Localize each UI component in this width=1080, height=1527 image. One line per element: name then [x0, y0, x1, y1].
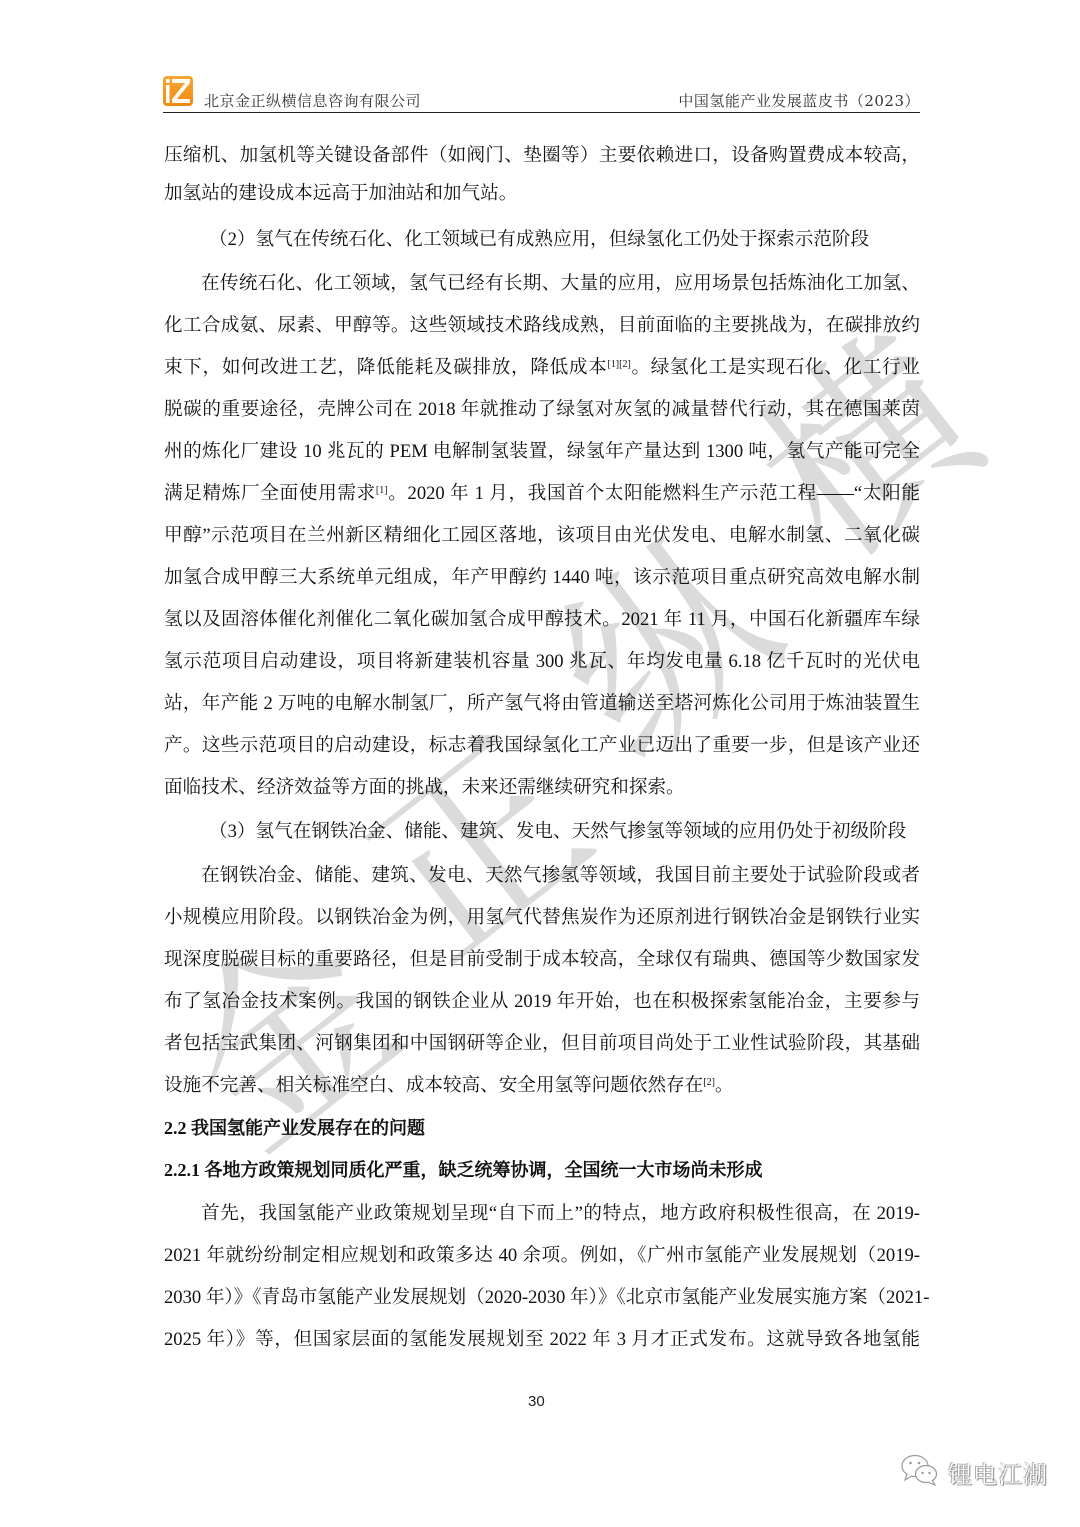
paragraph-line: 站，年产能 2 万吨的电解水制氢厂，所产氢气将由管道输送至塔河炼化公司用于炼油装… [164, 684, 920, 724]
text-span: 满足精炼厂全面使用需求 [164, 483, 376, 504]
page-number: 30 [528, 1393, 545, 1410]
paragraph-line: 布了氢冶金技术案例。我国的钢铁企业从 2019 年开始，也在积极探索氢能冶金，主… [164, 982, 920, 1022]
paragraph-line: 设施不完善、相关标准空白、成本较高、安全用氢等问题依然存在[2]。 [164, 1066, 920, 1106]
company-name: 北京金正纵横信息咨询有限公司 [204, 90, 421, 111]
text-span: 。绿氢化工是实现石化、化工行业 [631, 357, 920, 378]
text-span: 。2020 年 1 月，我国首个太阳能燃料生产示范工程——“太阳能 [388, 483, 920, 504]
text-span: 。 [715, 1075, 734, 1096]
page-header: 北京金正纵横信息咨询有限公司 中国氢能产业发展蓝皮书（2023） [163, 76, 920, 113]
subsection-heading: 2.2.1 各地方政策规划同质化严重，缺乏统筹协调，全国统一大市场尚未形成 [164, 1150, 763, 1190]
document-title: 中国氢能产业发展蓝皮书（2023） [678, 90, 920, 111]
paragraph-line: 者包括宝武集团、河钢集团和中国钢研等企业，但目前项目尚处于工业性试验阶段，其基础 [164, 1024, 920, 1064]
paragraph-line: 州的炼化厂建设 10 兆瓦的 PEM 电解制氢装置，绿氢年产量达到 1300 吨… [164, 432, 920, 472]
wechat-account-badge: 锂电江湖 [900, 1452, 1048, 1492]
paragraph-line: 2030 年）》《青岛市氢能产业发展规划（2020-2030 年）》《北京市氢能… [164, 1278, 920, 1318]
paragraph-line: 氢示范项目启动建设，项目将新建装机容量 300 兆瓦、年均发电量 6.18 亿千… [164, 642, 920, 682]
paragraph-line: 满足精炼厂全面使用需求[1]。2020 年 1 月，我国首个太阳能燃料生产示范工… [164, 474, 920, 514]
paragraph-line: 氢以及固溶体催化剂催化二氧化碳加氢合成甲醇技术。2021 年 11 月，中国石化… [164, 600, 920, 640]
paragraph-line: 2025 年）》等，但国家层面的氢能发展规划至 2022 年 3 月才正式发布。… [164, 1320, 920, 1360]
paragraph-line: 加氢站的建设成本远高于加油站和加气站。 [164, 174, 920, 214]
citation[interactable]: [1] [376, 485, 388, 496]
wechat-account-name: 锂电江湖 [948, 1455, 1048, 1490]
paragraph-line: 首先，我国氢能产业政策规划呈现“自下而上”的特点，地方政府积极性很高，在 201… [201, 1194, 920, 1234]
paragraph-line: 脱碳的重要途径，壳牌公司在 2018 年就推动了绿氢对灰氢的减量替代行动，其在德… [164, 390, 920, 430]
text-span: 束下，如何改进工艺，降低能耗及碳排放，降低成本 [164, 357, 607, 378]
paragraph-line: 束下，如何改进工艺，降低能耗及碳排放，降低成本[1][2]。绿氢化工是实现石化、… [164, 348, 920, 388]
subsection-title: （2）氢气在传统石化、化工领域已有成熟应用，但绿氢化工仍处于探索示范阶段 [209, 220, 928, 260]
wechat-icon [900, 1452, 940, 1493]
subsection-title: （3）氢气在钢铁冶金、储能、建筑、发电、天然气掺氢等领域的应用仍处于初级阶段 [209, 812, 928, 852]
paragraph-line: 小规模应用阶段。以钢铁冶金为例，用氢气代替焦炭作为还原剂进行钢铁冶金是钢铁行业实 [164, 898, 920, 938]
paragraph-line: 甲醇”示范项目在兰州新区精细化工园区落地，该项目由光伏发电、电解水制氢、二氧化碳 [164, 516, 920, 556]
document-page: 北京金正纵横信息咨询有限公司 中国氢能产业发展蓝皮书（2023） 金 正 纵 横… [0, 0, 1080, 1527]
paragraph-line: 在钢铁冶金、储能、建筑、发电、天然气掺氢等领域，我国目前主要处于试验阶段或者 [201, 856, 920, 896]
citation[interactable]: [1][2] [607, 359, 630, 370]
paragraph-line: 压缩机、加氢机等关键设备部件（如阀门、垫圈等）主要依赖进口，设备购置费成本较高， [164, 136, 920, 176]
paragraph-line: 2021 年就纷纷制定相应规划和政策多达 40 余项。例如，《广州市氢能产业发展… [164, 1236, 920, 1276]
citation[interactable]: [2] [703, 1077, 715, 1088]
section-heading: 2.2 我国氢能产业发展存在的问题 [164, 1108, 425, 1148]
paragraph-line: 加氢合成甲醇三大系统单元组成，年产甲醇约 1440 吨，该示范项目重点研究高效电… [164, 558, 920, 598]
company-logo-icon [163, 76, 193, 106]
paragraph-line: 现深度脱碳目标的重要路径，但是目前受制于成本较高，全球仅有瑞典、德国等少数国家发 [164, 940, 920, 980]
paragraph-line: 化工合成氨、尿素、甲醇等。这些领域技术路线成熟，目前面临的主要挑战为，在碳排放约 [164, 306, 920, 346]
paragraph-line: 产。这些示范项目的启动建设，标志着我国绿氢化工产业已迈出了重要一步，但是该产业还 [164, 726, 920, 766]
paragraph-line: 在传统石化、化工领域，氢气已经有长期、大量的应用，应用场景包括炼油化工加氢、 [201, 264, 920, 304]
text-span: 设施不完善、相关标准空白、成本较高、安全用氢等问题依然存在 [164, 1075, 703, 1096]
paragraph-line: 面临技术、经济效益等方面的挑战，未来还需继续研究和探索。 [164, 768, 920, 808]
